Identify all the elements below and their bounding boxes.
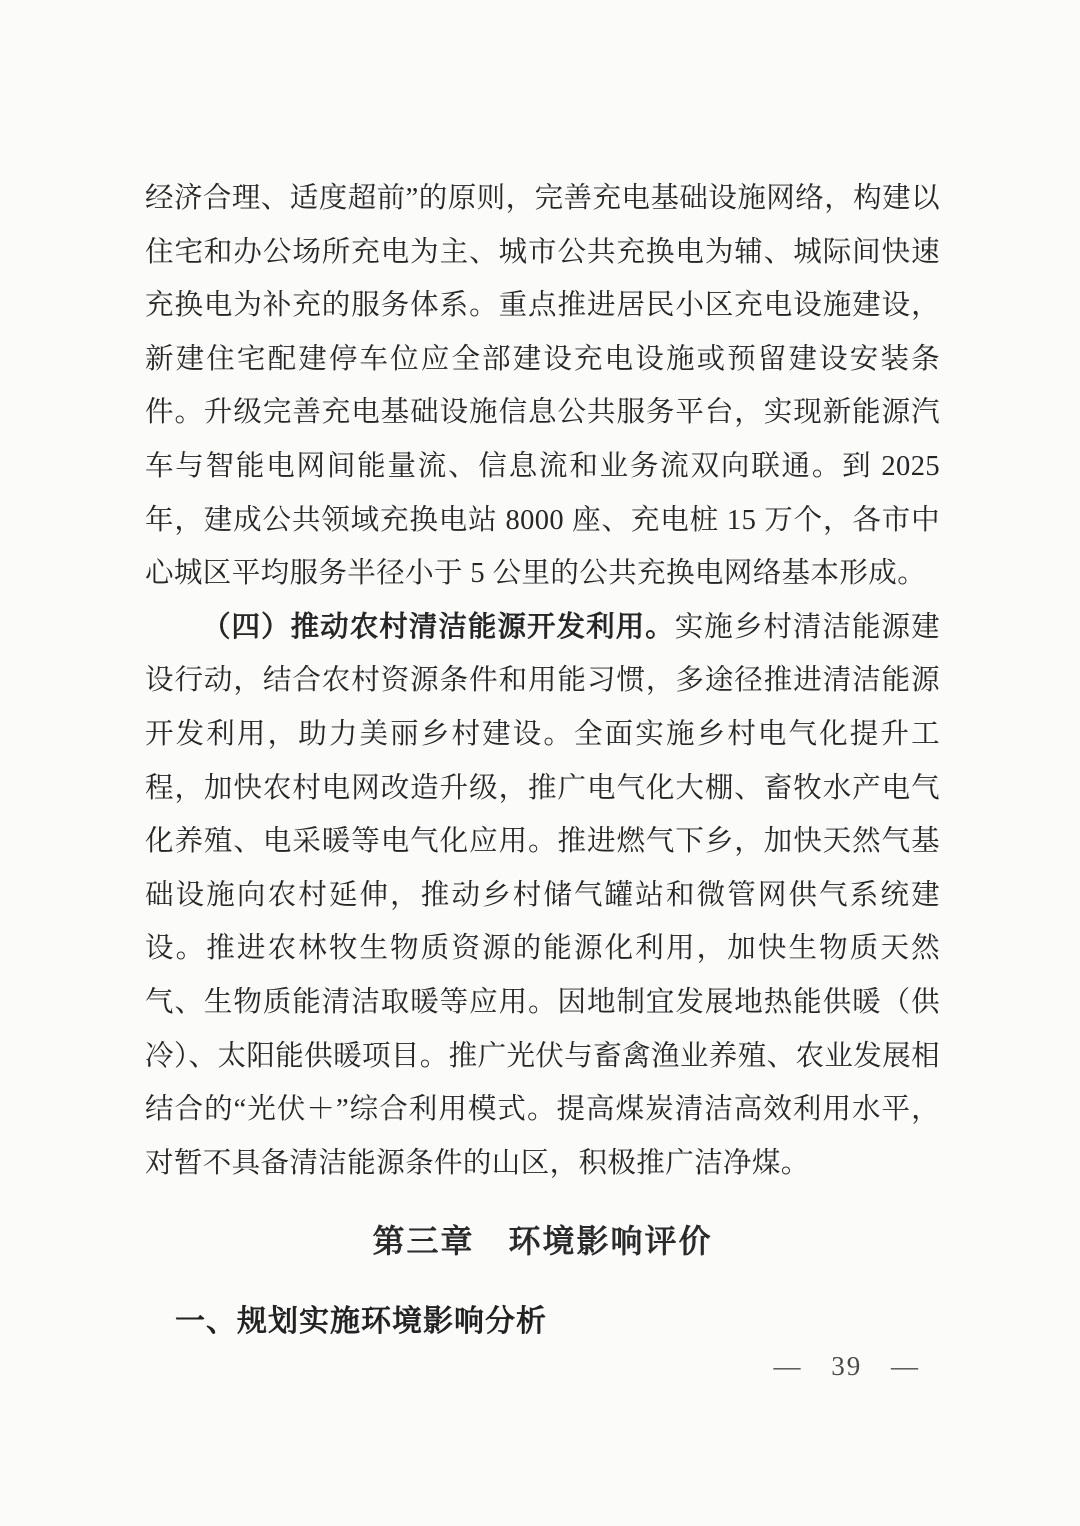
page-number: — 39 — (774, 1350, 921, 1382)
document-page: 经济合理、适度超前”的原则，完善充电基础设施网络，构建以住宅和办公场所充电为主、… (0, 0, 1080, 1526)
paragraph-lead-bold: （四）推动农村清洁能源开发利用。 (202, 612, 675, 643)
chapter-heading: 第三章 环境影响评价 (145, 1216, 940, 1266)
paragraph-text: 经济合理、适度超前”的原则，完善充电基础设施网络，构建以住宅和办公场所充电为主、… (145, 183, 940, 589)
document-body: 经济合理、适度超前”的原则，完善充电基础设施网络，构建以住宅和办公场所充电为主、… (145, 172, 940, 1344)
section-heading: 一、规划实施环境影响分析 (175, 1300, 940, 1344)
paragraph-charging-infrastructure: 经济合理、适度超前”的原则，完善充电基础设施网络，构建以住宅和办公场所充电为主、… (145, 172, 940, 601)
paragraph-text: 实施乡村清洁能源建设行动，结合农村资源条件和用能习惯，多途径推进清洁能源开发利用… (145, 612, 940, 1179)
paragraph-rural-clean-energy: （四）推动农村清洁能源开发利用。实施乡村清洁能源建设行动，结合农村资源条件和用能… (145, 601, 940, 1191)
